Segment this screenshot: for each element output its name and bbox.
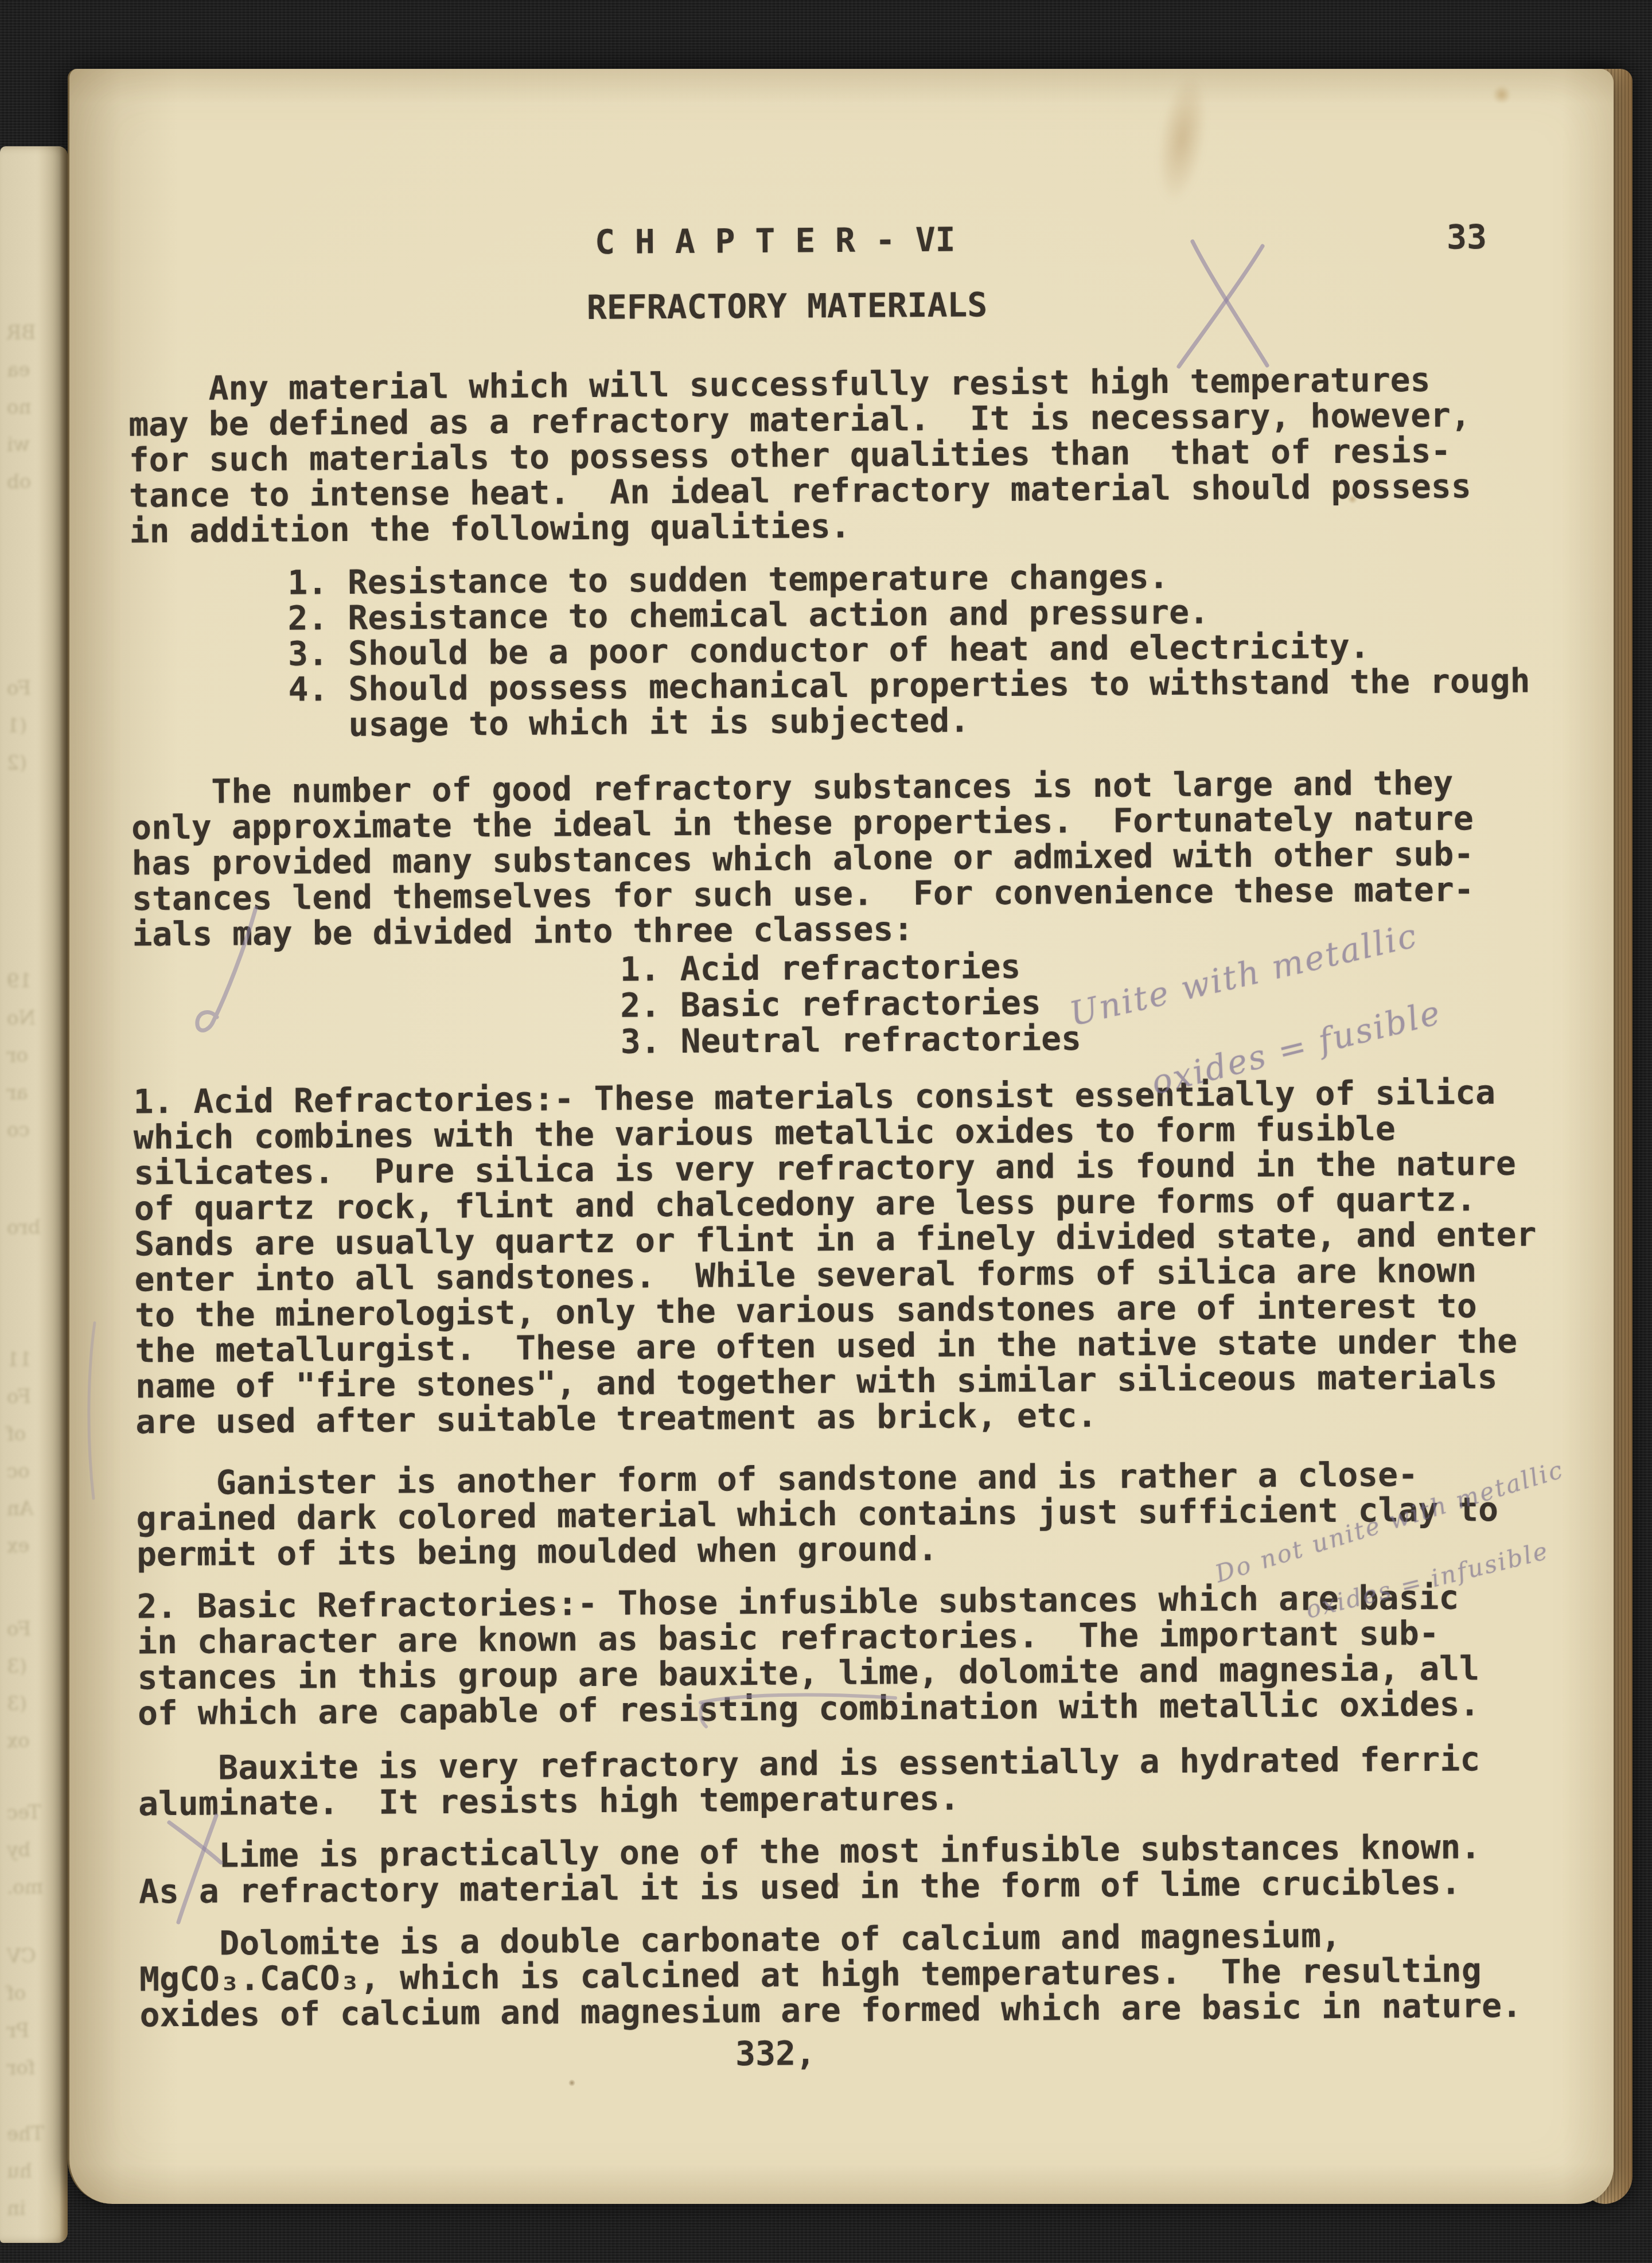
paragraph-lime: Lime is practically one of the most infu… [139, 1829, 1481, 1909]
pencil-margin-line [82, 1319, 105, 1503]
bleed-through-fragment: of [7, 1423, 26, 1446]
paragraph-substances: The number of good refractory substances… [131, 765, 1475, 952]
bleed-through-fragment: (1 [7, 714, 28, 738]
book-page: C H A P T E R - VI 33 REFRACTORY MATERIA… [68, 69, 1614, 2204]
typed-text-layer: C H A P T E R - VI 33 REFRACTORY MATERIA… [62, 64, 1621, 2210]
page-number-bottom: 332, [735, 2035, 816, 2071]
bleed-through-fragment: BR [7, 321, 36, 345]
qualities-list: 1. Resistance to sudden temperature chan… [287, 556, 1530, 743]
bleed-through-fragment: bro [7, 1216, 41, 1239]
bleed-through-fragment: (2 [7, 751, 28, 775]
chapter-heading: C H A P T E R - VI [595, 222, 956, 260]
bleed-through-fragment: for [7, 2056, 36, 2080]
bleed-through-fragment: in [7, 2197, 26, 2221]
bleed-through-fragment: of [7, 1982, 26, 2005]
bleed-through-fragment: Pr [7, 2019, 30, 2043]
paragraph-acid: 1. Acid Refractories:- These materials c… [133, 1074, 1538, 1440]
paragraph-intro: Any material which will successfully res… [128, 361, 1472, 548]
bleed-through-fragment: wi [7, 433, 30, 457]
pencil-check-mark [187, 903, 267, 1047]
bleed-through-fragment: 19 [7, 969, 32, 993]
bleed-through-fragment: The [7, 2122, 44, 2145]
pencil-underline [696, 1691, 902, 1731]
paragraph-bauxite: Bauxite is very refractory and is essent… [138, 1741, 1480, 1821]
left-page-edge: BReanowiobFo(1(219Noorarcobro11FoofocAne… [0, 146, 68, 2243]
pencil-x-mark-header [1171, 238, 1285, 370]
bleed-through-fragment: Fo [7, 1618, 32, 1641]
pencil-x-mark-lime [161, 1810, 230, 1930]
bleed-through-fragment: (3 [7, 1655, 28, 1678]
page-number-top: 33 [1447, 219, 1487, 255]
bleed-through-fragment: CV [7, 1945, 36, 1968]
page-title: REFRACTORY MATERIALS [587, 287, 988, 325]
bleed-through-fragment: 11 [7, 1348, 32, 1372]
bleed-through-fragment: Fo [7, 1385, 32, 1409]
bleed-through-fragment: or [7, 1044, 28, 1068]
bleed-through-fragment: hu [7, 2160, 32, 2183]
bleed-through-fragment: ex [7, 1534, 30, 1558]
bleed-through-fragment: ob [7, 470, 32, 494]
paragraph-dolomite: Dolomite is a double carbonate of calciu… [139, 1917, 1522, 2033]
book-scan: BReanowiobFo(1(219Noorarcobro11FoofocAne… [0, 0, 1652, 2263]
bleed-through-fragment: oc [7, 1460, 30, 1483]
classes-list: 1. Acid refractories 2. Basic refractori… [620, 948, 1081, 1060]
bleed-through-fragment: No [7, 1007, 36, 1030]
bleed-through-fragment: Fo [7, 677, 32, 700]
bleed-through-fragment: ea [7, 359, 30, 382]
bleed-through-fragment: An [7, 1497, 34, 1521]
bleed-through-fragment: no [7, 396, 32, 419]
bleed-through-fragment: Tec [7, 1801, 41, 1824]
bleed-through-fragment: (3 [7, 1692, 28, 1716]
bleed-through-fragment: ar [7, 1081, 28, 1105]
bleed-through-fragment: mo. [7, 1875, 44, 1899]
bleed-through-fragment: co [7, 1119, 30, 1142]
bleed-through-fragment: ox [7, 1730, 30, 1753]
bleed-through-fragment: by [7, 1839, 31, 1862]
